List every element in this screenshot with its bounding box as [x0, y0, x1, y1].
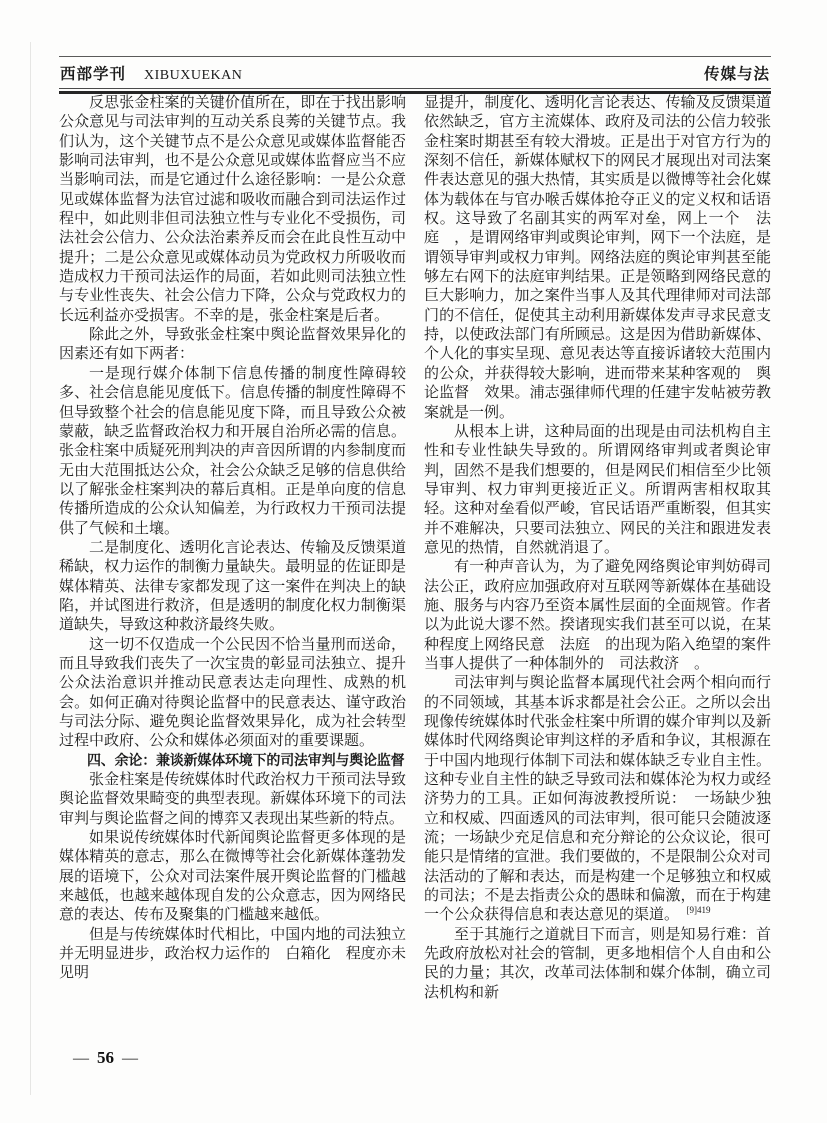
journal-name: 西部学刊 [60, 66, 126, 83]
paragraph: 除此之外，导致张金柱案中舆论监督效果异化的因素还有如下两者： [59, 326, 406, 365]
paragraph: 反思张金柱案的关键价值所在，即在于找出影响公众意见与司法审判的互动关系良莠的关键… [59, 94, 406, 326]
page-header: 西部学刊 XIBUXUEKAN 传媒与法 [59, 56, 771, 94]
journal-title-group: 西部学刊 XIBUXUEKAN [60, 62, 242, 84]
page-number: —56— [73, 1048, 138, 1068]
paragraph-continuation: 显提升，制度化、透明化言论表达、传输及反馈渠道依然缺乏，官方主流媒体、政府及司法… [424, 94, 771, 423]
paragraph: 二是制度化、透明化言论表达、传输及反馈渠道稀缺，权力运作的制衡力量缺失。最明显的… [59, 539, 406, 636]
paragraph: 张金柱案是传统媒体时代政治权力干预司法导致舆论监督效果畸变的典型表现。新媒体环境… [59, 771, 406, 829]
paragraph: 如果说传统媒体时代新闻舆论监督更多体现的是媒体精英的意志，那么在微博等社会化新媒… [59, 829, 406, 926]
left-column: 反思张金柱案的关键价值所在，即在于找出影响公众意见与司法审判的互动关系良莠的关键… [59, 94, 406, 1003]
paragraph: 有一种声音认为，为了避免网络舆论审判妨碍司法公正，政府应加强政府对互联网等新媒体… [424, 558, 771, 674]
paragraph: 一是现行媒介体制下信息传播的制度性障碍较多、社会信息能见度低下。信息传播的制度性… [59, 365, 406, 539]
paragraph-text: 司法审判与舆论监督本属现代社会两个相向而行的不同领域，其基本诉求都是社会公正。之… [424, 675, 771, 923]
article-body: 反思张金柱案的关键价值所在，即在于找出影响公众意见与司法审判的互动关系良莠的关键… [59, 94, 771, 1003]
page-number-dash-right: — [122, 1050, 138, 1067]
paragraph: 司法审判与舆论监督本属现代社会两个相向而行的不同领域，其基本诉求都是社会公正。之… [424, 674, 771, 925]
journal-page: 西部学刊 XIBUXUEKAN 传媒与法 反思张金柱案的关键价值所在，即在于找出… [0, 0, 827, 1123]
section-label: 传媒与法 [704, 62, 770, 84]
journal-pinyin: XIBUXUEKAN [144, 68, 242, 83]
page-number-dash-left: — [73, 1050, 89, 1067]
header-row: 西部学刊 XIBUXUEKAN 传媒与法 [59, 57, 771, 88]
paragraph: 从根本上讲，这种局面的出现是由司法机构自主性和专业性缺失导致的。所谓网络审判或者… [424, 423, 771, 558]
right-column: 显提升，制度化、透明化言论表达、传输及反馈渠道依然缺乏，官方主流媒体、政府及司法… [424, 94, 771, 1003]
citation-ref: [9]419 [687, 905, 711, 915]
page-number-value: 56 [97, 1048, 114, 1067]
scan-edge-line [30, 42, 31, 1095]
paragraph: 但是与传统媒体时代相比，中国内地的司法独立并无明显进步，政治权力运作的 白箱化 … [59, 926, 406, 984]
paragraph: 这一切不仅造成一个公民因不恰当量刑而送命，而且导致我们丧失了一次宝贵的彰显司法独… [59, 636, 406, 752]
section-heading: 四、余论：兼谈新媒体环境下的司法审判与舆论监督 [59, 752, 406, 771]
header-rule-thin [59, 88, 771, 89]
paragraph: 至于其施行之道就目下而言，则是知易行难：首先政府放松对社会的管制，更多地相信个人… [424, 926, 771, 1003]
